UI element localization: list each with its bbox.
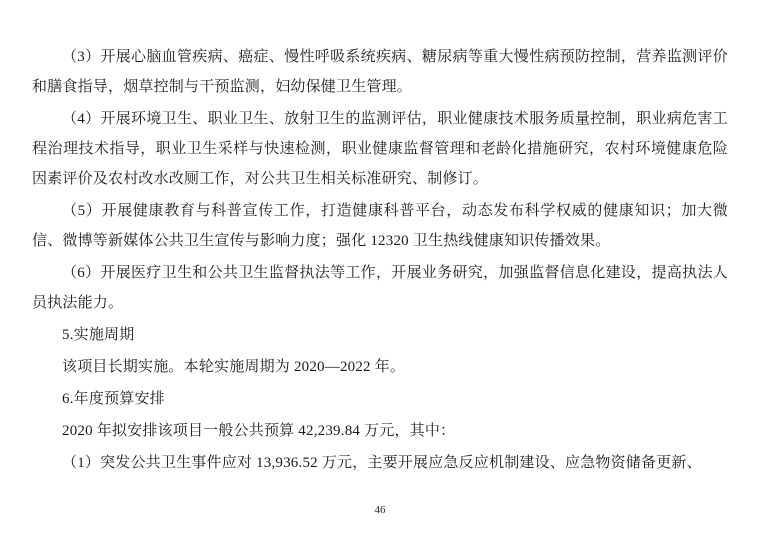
body-paragraph-budget-total: 2020 年拟安排该项目一般公共预算 42,239.84 万元，其中： [32, 416, 728, 446]
body-paragraph-item-4: （4）开展环境卫生、职业卫生、放射卫生的监测评估，职业健康技术服务质量控制，职业… [32, 104, 728, 194]
body-paragraph-item-6: （6）开展医疗卫生和公共卫生监督执法等工作，开展业务研究，加强监督信息化建设，提… [32, 258, 728, 318]
body-paragraph-budget-item-1: （1）突发公共卫生事件应对 13,936.52 万元，主要开展应急反应机制建设、… [32, 448, 728, 478]
section-heading-implementation-period: 5.实施周期 [32, 320, 728, 350]
body-paragraph-item-5: （5）开展健康教育与科普宣传工作，打造健康科普平台，动态发布科学权威的健康知识；… [32, 196, 728, 256]
page-number: 46 [0, 502, 760, 518]
document-page: （3）开展心脑血管疾病、癌症、慢性呼吸系统疾病、糖尿病等重大慢性病预防控制，营养… [0, 0, 760, 552]
body-paragraph-period-detail: 该项目长期实施。本轮实施周期为 2020—2022 年。 [32, 352, 728, 382]
document-body: （3）开展心脑血管疾病、癌症、慢性呼吸系统疾病、糖尿病等重大慢性病预防控制，营养… [32, 42, 728, 480]
section-heading-annual-budget: 6.年度预算安排 [32, 384, 728, 414]
body-paragraph-item-3: （3）开展心脑血管疾病、癌症、慢性呼吸系统疾病、糖尿病等重大慢性病预防控制，营养… [32, 42, 728, 102]
